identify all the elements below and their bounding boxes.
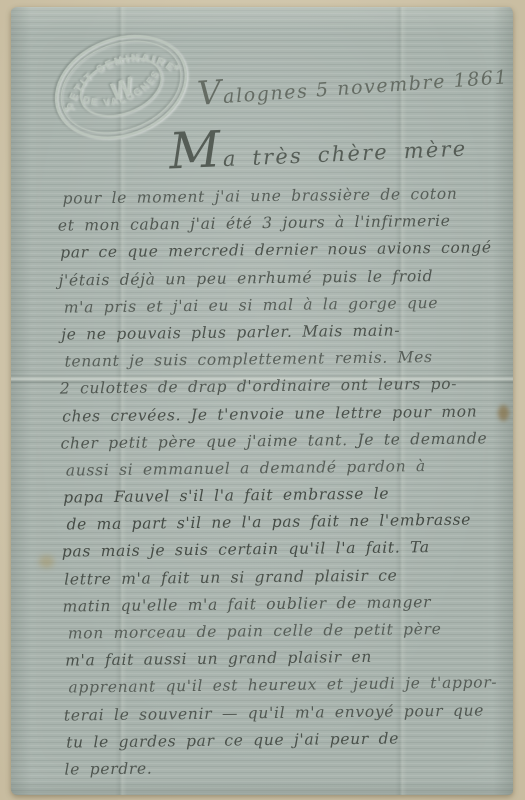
dateline: Valognes 5 novembre 1861 [196,52,509,113]
letter-paper: PETIT SEMINAIRE DE VALOGNES ✶ ✶ W Valogn… [11,7,513,795]
photo-backdrop: PETIT SEMINAIRE DE VALOGNES ✶ ✶ W Valogn… [0,0,525,800]
stain-left-edge [39,555,54,568]
stain-right-edge [498,405,509,421]
letter-body: pour le moment j'ai une brassière de cot… [57,180,494,783]
salutation: Ma très chère mère [168,119,468,174]
handwriting-line: le perdre. [64,751,494,783]
